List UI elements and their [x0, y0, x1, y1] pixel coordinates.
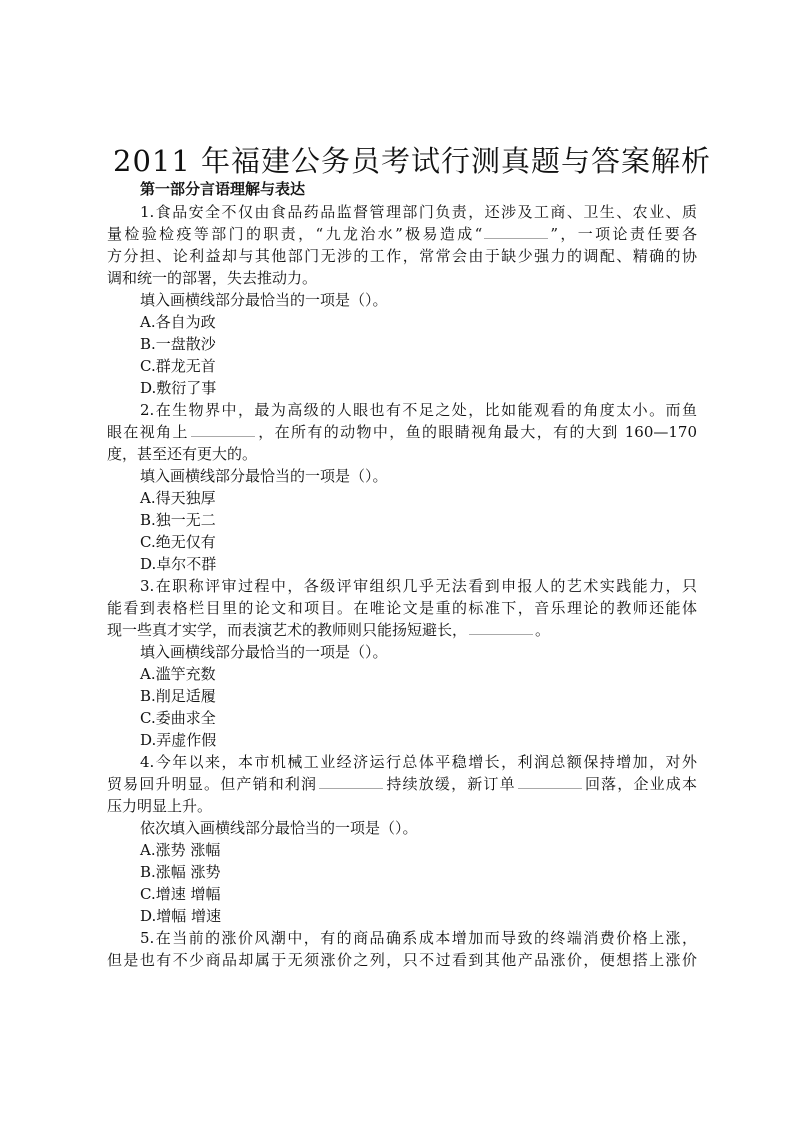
question-stem-line: 调和统一的部署，失去推动力。 [107, 267, 697, 289]
option-c: C.增速 增幅 [107, 883, 697, 905]
question-3: 3.在职称评审过程中，各级评审组织几乎无法看到申报人的艺术实践能力，只 能看到表… [107, 575, 697, 751]
option-a: A.滥竽充数 [107, 663, 697, 685]
option-b: B.独一无二 [107, 509, 697, 531]
question-stem-line: 压力明显上升。 [107, 795, 697, 817]
question-prompt: 填入画横线部分最恰当的一项是（）。 [107, 641, 697, 663]
option-d: D.弄虚作假 [107, 729, 697, 751]
question-5: 5.在当前的涨价风潮中，有的商品确系成本增加而导致的终端消费价格上涨， 但是也有… [107, 927, 697, 971]
question-stem-line: 量检验检疫等部门的职责，“九龙治水”极易造成“”，一项论责任要各 [107, 223, 697, 245]
fill-blank [319, 774, 383, 789]
fill-blank [518, 774, 582, 789]
option-d: D.敷衍了事 [107, 377, 697, 399]
option-b: B.一盘散沙 [107, 333, 697, 355]
question-stem-line: 2.在生物界中，最为高级的人眼也有不足之处，比如能观看的角度太小。而鱼 [107, 399, 697, 421]
question-1: 1.食品安全不仅由食品药品监督管理部门负责，还涉及工商、卫生、农业、质 量检验检… [107, 201, 697, 399]
question-2: 2.在生物界中，最为高级的人眼也有不足之处，比如能观看的角度太小。而鱼 眼在视角… [107, 399, 697, 575]
option-d: D.卓尔不群 [107, 553, 697, 575]
section-heading: 第一部分言语理解与表达 [140, 178, 305, 200]
option-a: A.得天独厚 [107, 487, 697, 509]
question-stem-line: 方分担、论利益却与其他部门无涉的工作，常常会由于缺少强力的调配、精确的协 [107, 245, 697, 267]
question-stem-line: 5.在当前的涨价风潮中，有的商品确系成本增加而导致的终端消费价格上涨， [107, 927, 697, 949]
question-stem-line: 1.食品安全不仅由食品药品监督管理部门负责，还涉及工商、卫生、农业、质 [107, 201, 697, 223]
option-c: C.群龙无首 [107, 355, 697, 377]
question-stem-line: 现一些真才实学，而表演艺术的教师则只能扬短避长，。 [107, 619, 697, 641]
document-body: 1.食品安全不仅由食品药品监督管理部门负责，还涉及工商、卫生、农业、质 量检验检… [107, 201, 697, 971]
question-prompt: 依次填入画横线部分最恰当的一项是（）。 [107, 817, 697, 839]
fill-blank [469, 620, 533, 635]
question-prompt: 填入画横线部分最恰当的一项是（）。 [107, 289, 697, 311]
option-c: C.委曲求全 [107, 707, 697, 729]
question-stem-line: 能看到表格栏目里的论文和项目。在唯论文是重的标准下，音乐理论的教师还能体 [107, 597, 697, 619]
document-title: 2011 年福建公务员考试行测真题与答案解析 [113, 143, 713, 179]
question-stem-line: 眼在视角上，在所有的动物中，鱼的眼睛视角最大，有的大到 160—170 [107, 421, 697, 443]
question-4: 4.今年以来，本市机械工业经济运行总体平稳增长，利润总额保持增加，对外 贸易回升… [107, 751, 697, 927]
question-prompt: 填入画横线部分最恰当的一项是（）。 [107, 465, 697, 487]
option-b: B.涨幅 涨势 [107, 861, 697, 883]
fill-blank [484, 224, 548, 239]
option-d: D.增幅 增速 [107, 905, 697, 927]
option-a: A.各自为政 [107, 311, 697, 333]
fill-blank [191, 422, 255, 437]
document-page: 2011 年福建公务员考试行测真题与答案解析 第一部分言语理解与表达 1.食品安… [0, 0, 793, 1121]
question-stem-line: 但是也有不少商品却属于无须涨价之列，只不过看到其他产品涨价，便想搭上涨价 [107, 949, 697, 971]
option-a: A.涨势 涨幅 [107, 839, 697, 861]
question-stem-line: 3.在职称评审过程中，各级评审组织几乎无法看到申报人的艺术实践能力，只 [107, 575, 697, 597]
question-stem-line: 贸易回升明显。但产销和利润持续放缓，新订单回落，企业成本 [107, 773, 697, 795]
option-c: C.绝无仅有 [107, 531, 697, 553]
question-stem-line: 度，甚至还有更大的。 [107, 443, 697, 465]
option-b: B.削足适履 [107, 685, 697, 707]
question-stem-line: 4.今年以来，本市机械工业经济运行总体平稳增长，利润总额保持增加，对外 [107, 751, 697, 773]
